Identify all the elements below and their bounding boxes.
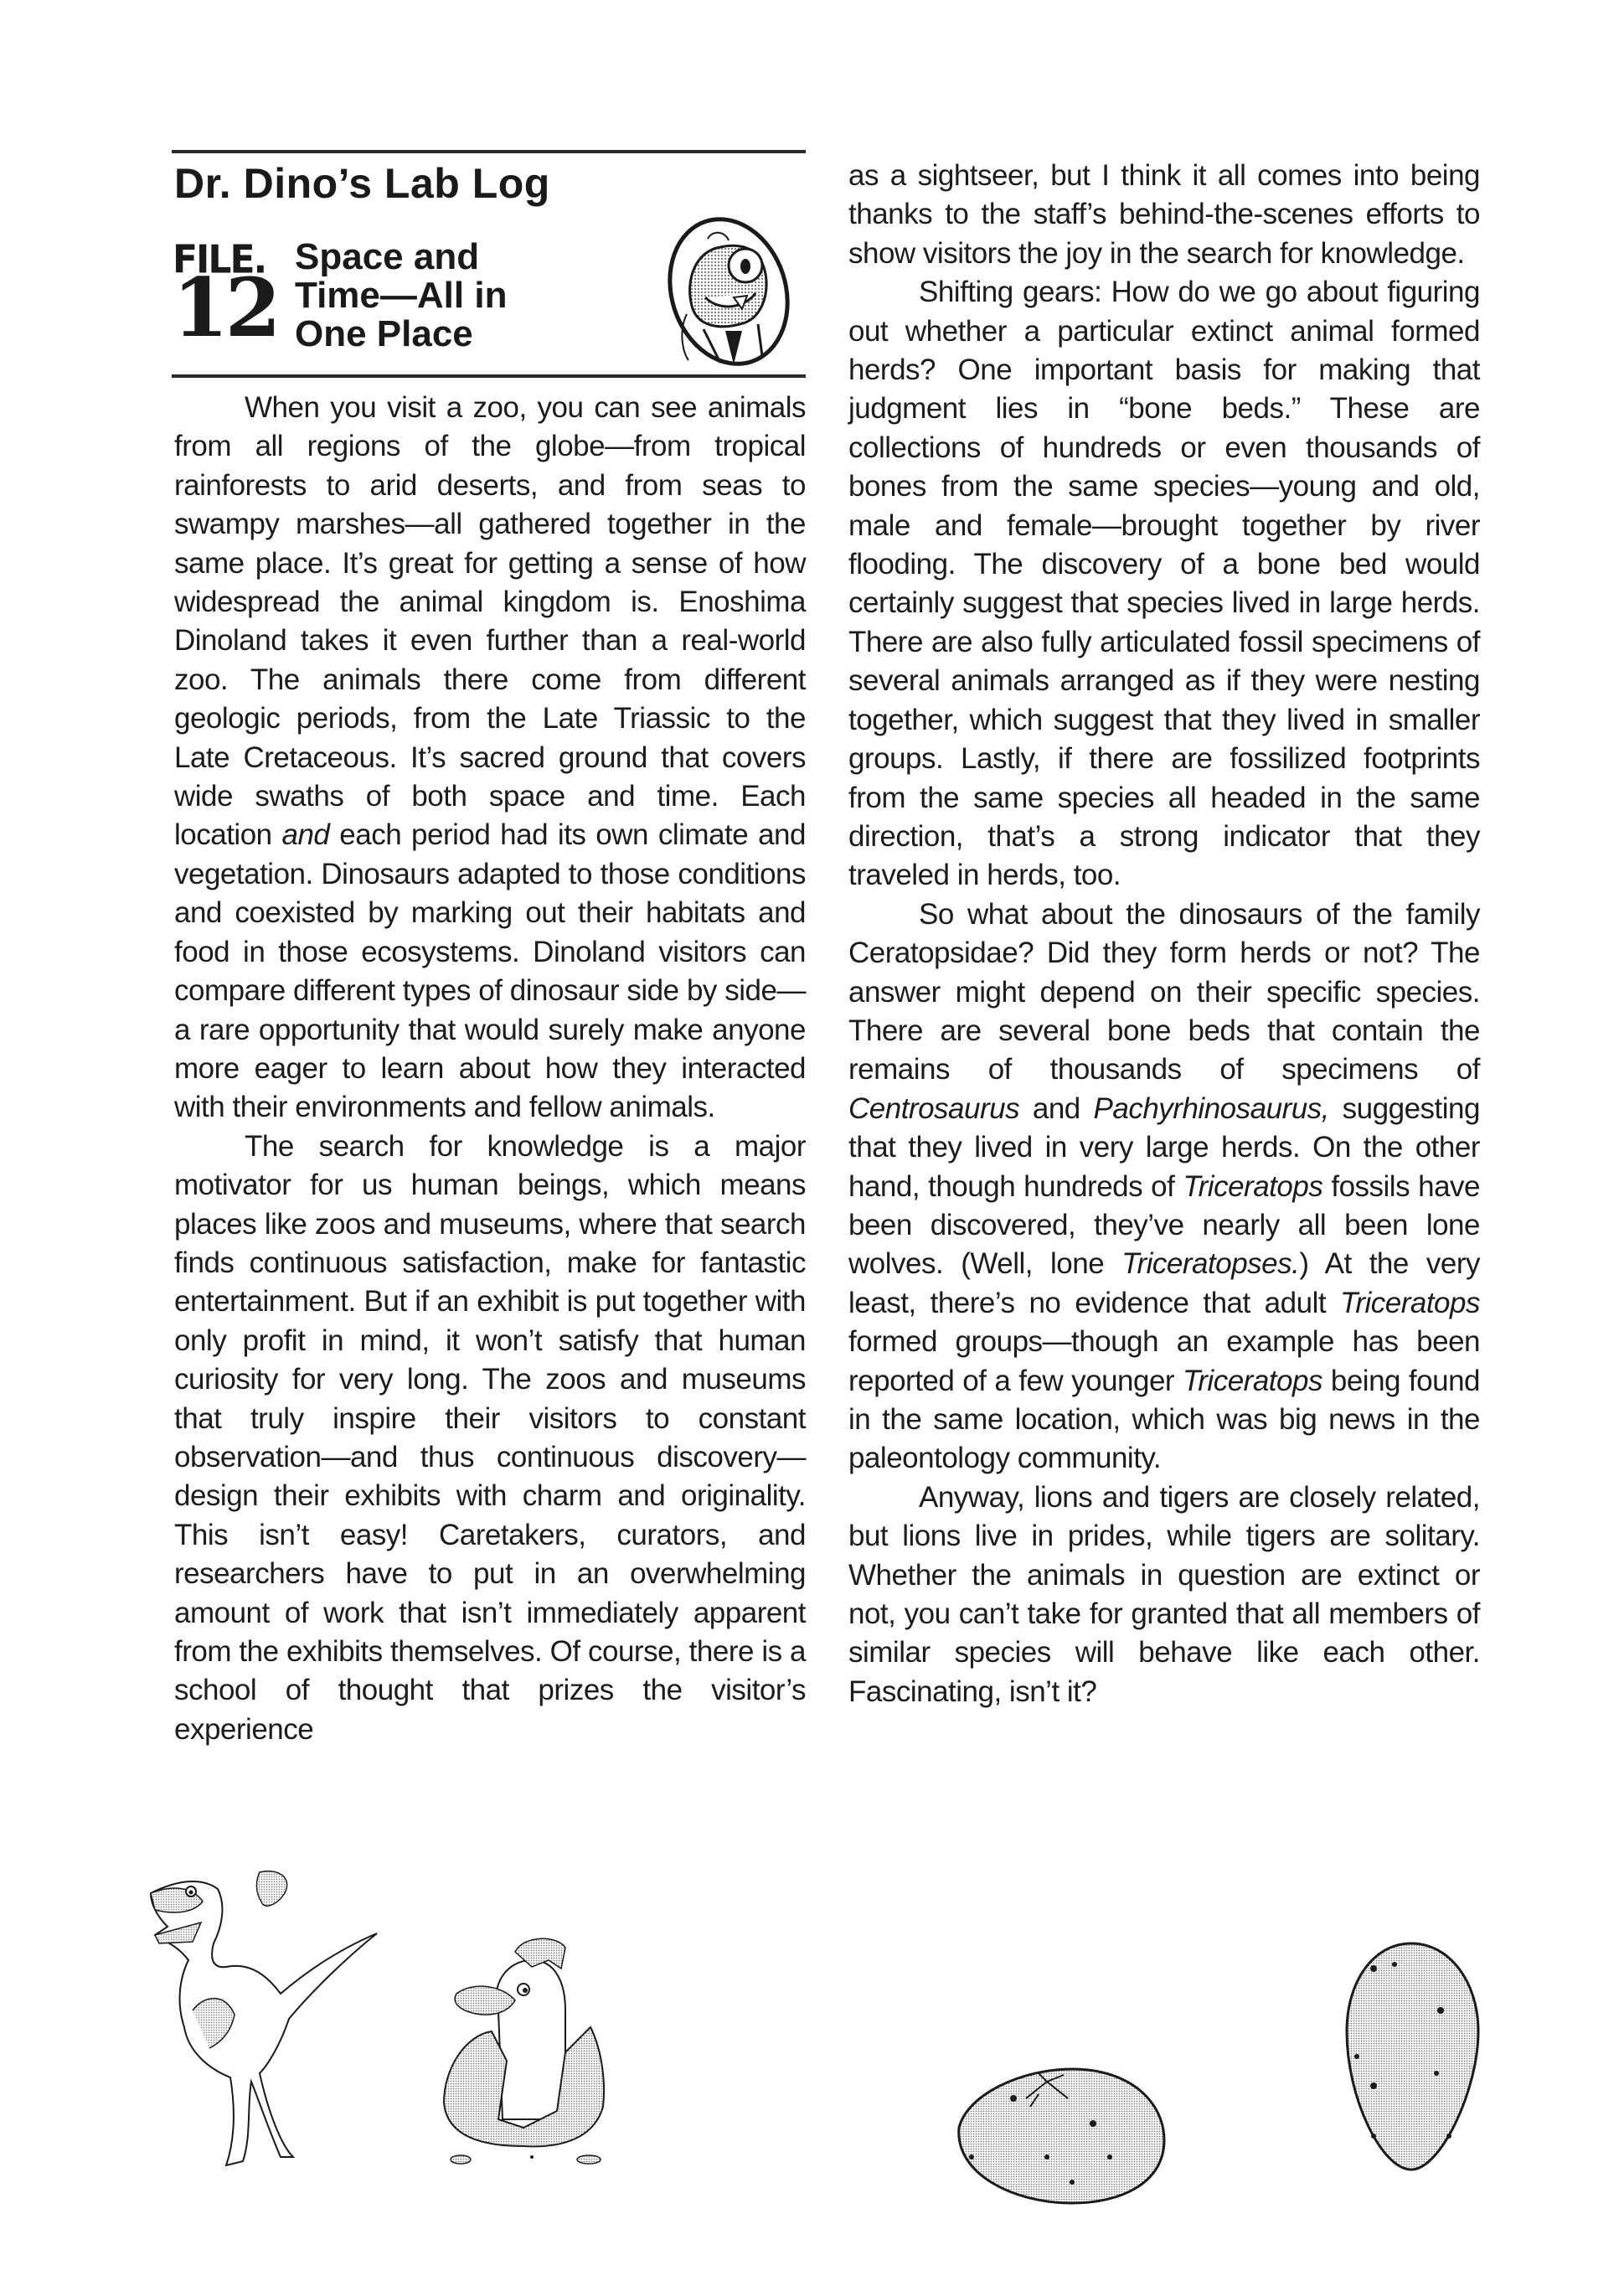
right-column: as a sightseer, but I think it all comes… — [848, 157, 1480, 1711]
cracked-egg-illustration — [955, 2065, 1181, 2207]
header-bottom-rule — [172, 374, 806, 378]
series-title: Dr. Dino’s Lab Log — [174, 159, 550, 208]
paragraph: Anyway, lions and tigers are closely rel… — [848, 1479, 1480, 1711]
document-page: Dr. Dino’s Lab Log FILE. 12 Space and Ti… — [0, 0, 1624, 2281]
left-column: When you visit a zoo, you can see animal… — [174, 389, 806, 1749]
dr-dino-portrait-icon — [469, 214, 804, 373]
paragraph-continued: as a sightseer, but I think it all comes… — [848, 157, 1480, 273]
hatching-dinosaur-illustration — [440, 1927, 607, 2170]
paragraph: Shifting gears: How do we go about figur… — [848, 273, 1480, 895]
file-number: 12 — [173, 266, 278, 350]
raptor-chick-illustration — [142, 1868, 394, 2170]
header-top-rule — [172, 150, 806, 153]
paragraph: When you visit a zoo, you can see animal… — [174, 389, 806, 1128]
paragraph: The search for knowledge is a major moti… — [174, 1128, 806, 1750]
paragraph: So what about the dinosaurs of the famil… — [848, 895, 1480, 1479]
tall-egg-illustration — [1340, 1939, 1482, 2174]
